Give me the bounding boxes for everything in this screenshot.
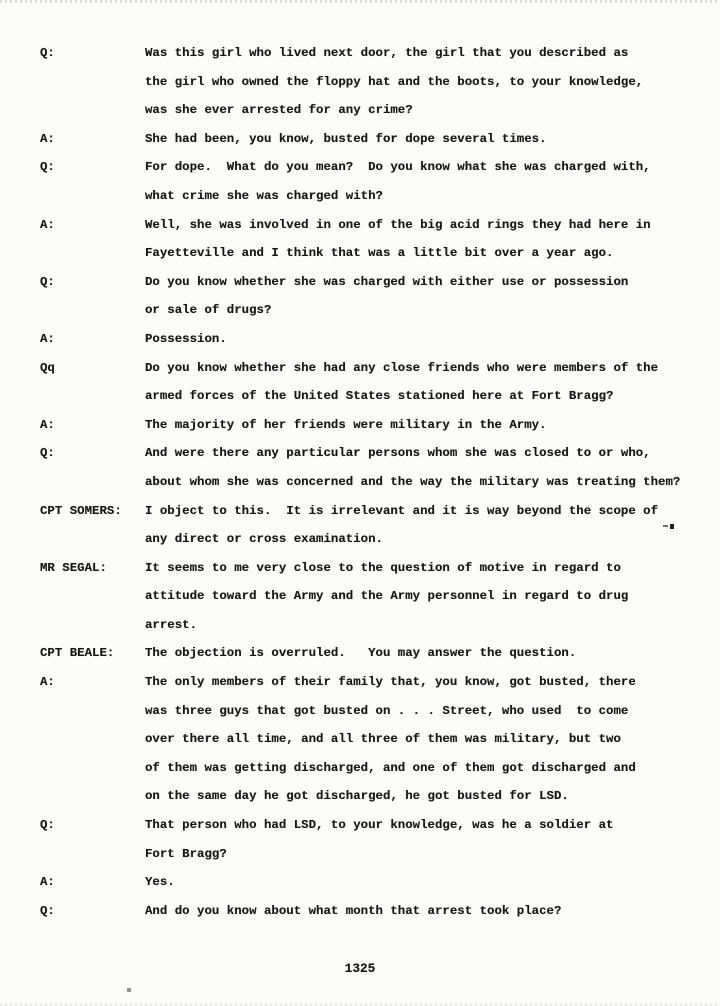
transcript-line: CPT BEALE:The objection is overruled. Yo…	[0, 639, 720, 668]
line-text: And do you know about what month that ar…	[145, 897, 561, 926]
line-text: the girl who owned the floppy hat and th…	[145, 68, 643, 97]
transcript-line: MR SEGAL:It seems to me very close to th…	[0, 554, 720, 583]
transcript-line: A:Yes.	[0, 868, 720, 897]
speaker-label: Q:	[40, 897, 55, 926]
line-text: Fort Bragg?	[145, 840, 227, 869]
speaker-label: MR SEGAL:	[40, 554, 107, 583]
line-text: The objection is overruled. You may answ…	[145, 639, 576, 668]
transcript-line: Fayetteville and I think that was a litt…	[0, 239, 720, 268]
speaker-label: A:	[40, 125, 55, 154]
speaker-label: A:	[40, 411, 55, 440]
scan-artifact-tick	[663, 524, 675, 530]
transcript-line: Q:For dope. What do you mean? Do you kno…	[0, 153, 720, 182]
transcript-line: Q:And were there any particular persons …	[0, 439, 720, 468]
line-text: about whom she was concerned and the way…	[145, 468, 680, 497]
line-text: over there all time, and all three of th…	[145, 725, 621, 754]
line-text: what crime she was charged with?	[145, 182, 383, 211]
line-text: any direct or cross examination.	[145, 525, 383, 554]
line-text: I object to this. It is irrelevant and i…	[145, 497, 658, 526]
speaker-label: Qq	[40, 354, 55, 383]
page-number: 1325	[0, 955, 720, 984]
line-text: She had been, you know, busted for dope …	[145, 125, 547, 154]
speaker-label: A:	[40, 868, 55, 897]
line-text: Fayetteville and I think that was a litt…	[145, 239, 613, 268]
transcript-line: the girl who owned the floppy hat and th…	[0, 68, 720, 97]
line-text: was she ever arrested for any crime?	[145, 96, 413, 125]
line-text: Yes.	[145, 868, 175, 897]
transcript-line: A:The majority of her friends were milit…	[0, 411, 720, 440]
transcript-line: was three guys that got busted on . . . …	[0, 697, 720, 726]
transcript-line: A:Possession.	[0, 325, 720, 354]
transcript-line: A:She had been, you know, busted for dop…	[0, 125, 720, 154]
line-text: arrest.	[145, 611, 197, 640]
line-text: of them was getting discharged, and one …	[145, 754, 636, 783]
line-text: Well, she was involved in one of the big…	[145, 211, 651, 240]
transcript-line: A:Well, she was involved in one of the b…	[0, 211, 720, 240]
line-text: armed forces of the United States statio…	[145, 382, 613, 411]
transcript-line: any direct or cross examination.	[0, 525, 720, 554]
transcript-line: Q:And do you know about what month that …	[0, 897, 720, 926]
line-text: That person who had LSD, to your knowled…	[145, 811, 613, 840]
transcript-line: QqDo you know whether she had any close …	[0, 354, 720, 383]
transcript-page: Q:Was this girl who lived next door, the…	[0, 39, 720, 925]
line-text: Do you know whether she had any close fr…	[145, 354, 658, 383]
perforation-edge-top	[0, 0, 720, 3]
transcript-line: what crime she was charged with?	[0, 182, 720, 211]
transcript-line: Q:Do you know whether she was charged wi…	[0, 268, 720, 297]
line-text: The majority of her friends were militar…	[145, 411, 547, 440]
line-text: The only members of their family that, y…	[145, 668, 636, 697]
line-text: Was this girl who lived next door, the g…	[145, 39, 628, 68]
speaker-label: Q:	[40, 39, 55, 68]
transcript-line: over there all time, and all three of th…	[0, 725, 720, 754]
transcript-line: Q:That person who had LSD, to your knowl…	[0, 811, 720, 840]
speaker-label: Q:	[40, 153, 55, 182]
line-text: It seems to me very close to the questio…	[145, 554, 621, 583]
transcript-line: A:The only members of their family that,…	[0, 668, 720, 697]
line-text: or sale of drugs?	[145, 296, 271, 325]
speaker-label: Q:	[40, 811, 55, 840]
line-text: was three guys that got busted on . . . …	[145, 697, 628, 726]
speaker-label: A:	[40, 325, 55, 354]
transcript-line: attitude toward the Army and the Army pe…	[0, 582, 720, 611]
speaker-label: CPT BEALE:	[40, 639, 114, 668]
transcript-line: arrest.	[0, 611, 720, 640]
transcript-line: about whom she was concerned and the way…	[0, 468, 720, 497]
line-text: And were there any particular persons wh…	[145, 439, 651, 468]
speaker-label: CPT SOMERS:	[40, 497, 122, 526]
speaker-label: A:	[40, 668, 55, 697]
transcript-line: armed forces of the United States statio…	[0, 382, 720, 411]
speaker-label: Q:	[40, 268, 55, 297]
transcript-line: was she ever arrested for any crime?	[0, 96, 720, 125]
transcript-line: Q:Was this girl who lived next door, the…	[0, 39, 720, 68]
transcript-line: or sale of drugs?	[0, 296, 720, 325]
line-text: Possession.	[145, 325, 227, 354]
speaker-label: A:	[40, 211, 55, 240]
speaker-label: Q:	[40, 439, 55, 468]
transcript-line: of them was getting discharged, and one …	[0, 754, 720, 783]
scan-artifact-speck	[127, 988, 131, 992]
line-text: Do you know whether she was charged with…	[145, 268, 628, 297]
line-text: attitude toward the Army and the Army pe…	[145, 582, 628, 611]
transcript-line: Fort Bragg?	[0, 840, 720, 869]
transcript-line: on the same day he got discharged, he go…	[0, 782, 720, 811]
line-text: For dope. What do you mean? Do you know …	[145, 153, 651, 182]
line-text: on the same day he got discharged, he go…	[145, 782, 569, 811]
transcript-line: CPT SOMERS:I object to this. It is irrel…	[0, 497, 720, 526]
